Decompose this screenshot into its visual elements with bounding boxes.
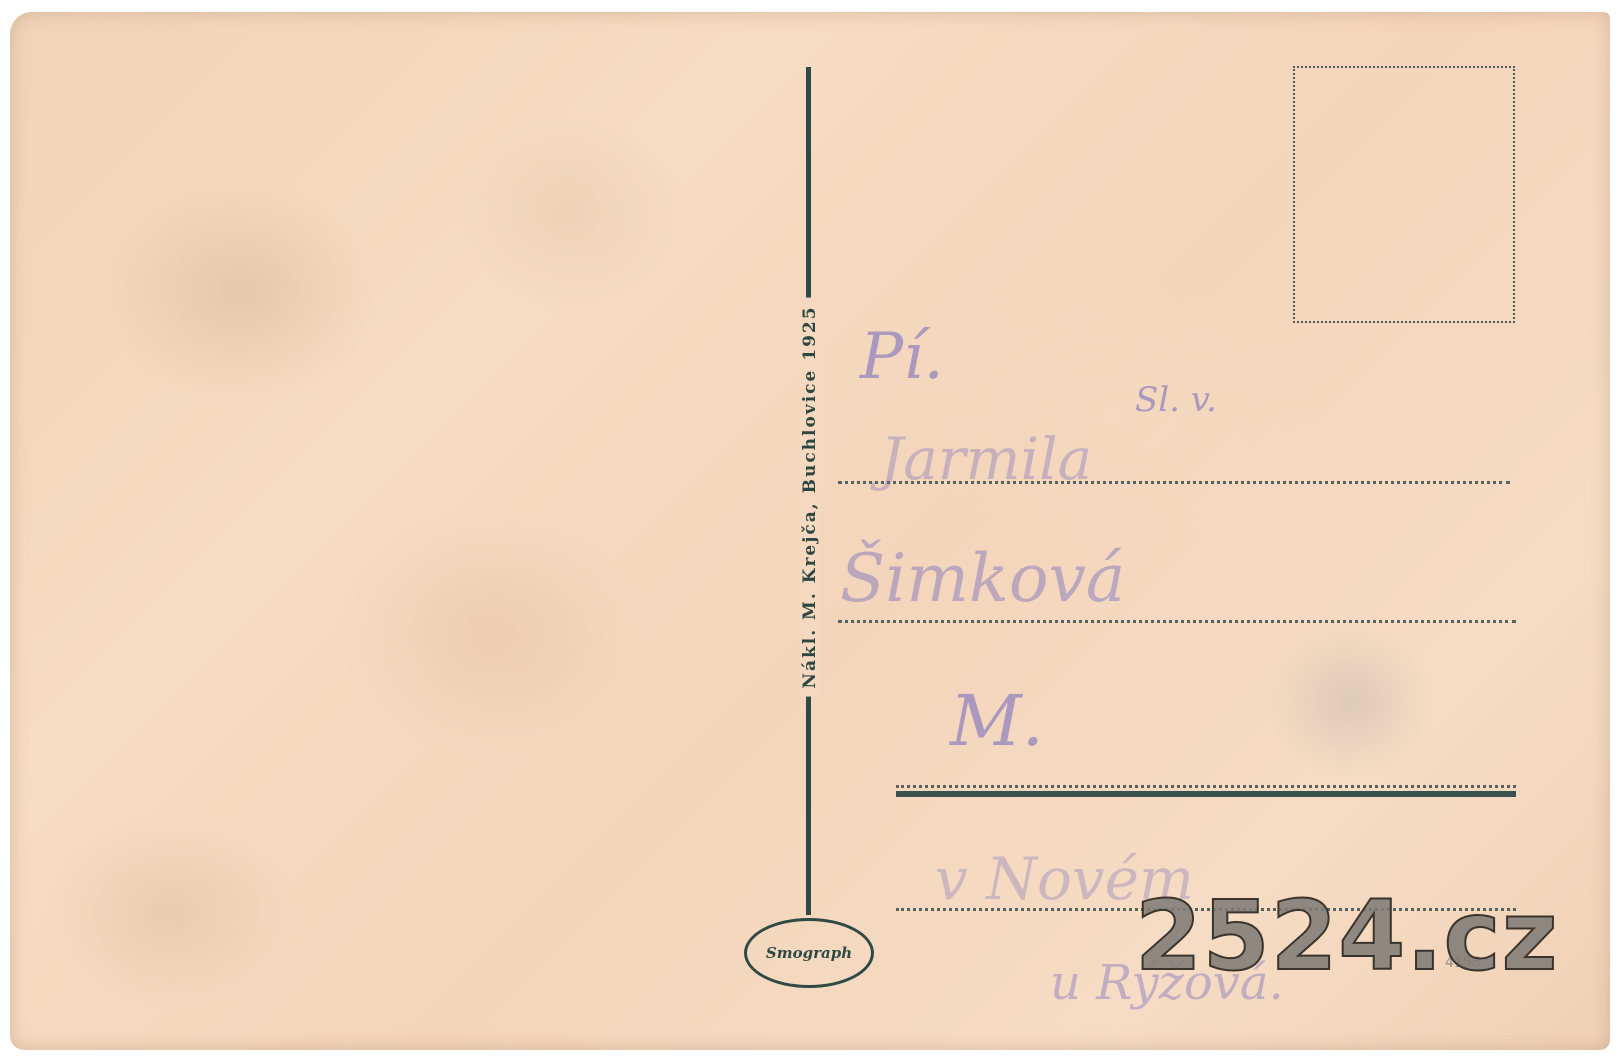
address-line-2: [838, 620, 1516, 623]
handwriting-city: M.: [950, 680, 1044, 762]
address-underline: [896, 791, 1516, 797]
watermark: 2524.cz: [1135, 880, 1558, 992]
handwriting-salutation: Pí.: [860, 320, 944, 394]
publisher-imprint: Nákl. M. Krejča, Buchlovice 1925: [800, 297, 820, 696]
stamp-box: [1293, 66, 1515, 323]
handwriting-surname: Šimková: [840, 540, 1125, 617]
printer-logo: Smograph: [744, 918, 874, 988]
handwriting-name: Jarmila: [880, 425, 1092, 493]
handwriting-line1: Sl. v.: [1135, 380, 1217, 420]
address-line-3: [896, 785, 1516, 788]
printer-logo-text: Smograph: [766, 944, 852, 962]
